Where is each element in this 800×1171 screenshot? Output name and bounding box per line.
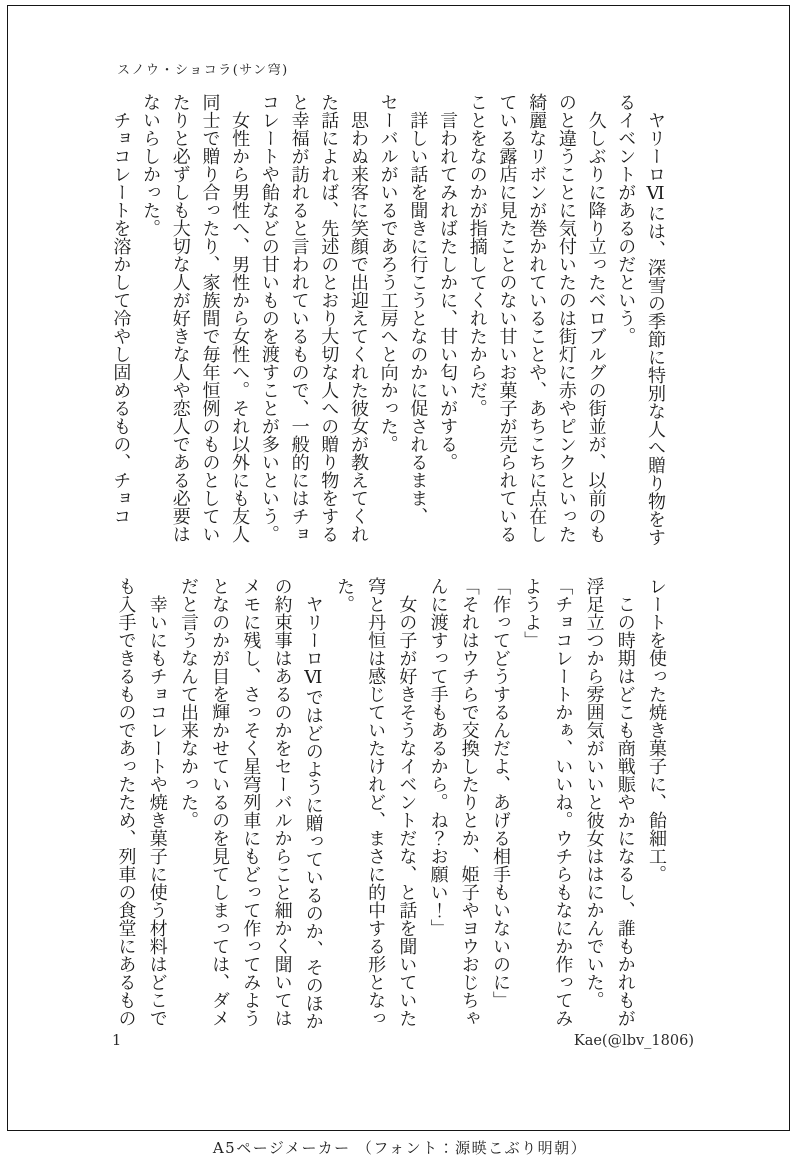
- generator-caption: A5ページメーカー （フォント：源暎こぶり明朝）: [0, 1137, 800, 1158]
- author-credit: Kae(@lbv_1806): [574, 1033, 694, 1049]
- paragraph: ヤリーロⅥには、深雪の季節に特別な人へ贈り物をするイベントがあるのだという。: [611, 93, 670, 549]
- paragraph: 幸いにもチョコレートや焼き菓子に使う材料はどこでも入手できるものであったため、列…: [110, 577, 172, 1033]
- paragraph: 言われてみればたしかに、甘い匂いがする。: [432, 93, 462, 549]
- text-band-upper: ヤリーロⅥには、深雪の季節に特別な人へ贈り物をするイベントがあるのだという。 久…: [104, 93, 670, 549]
- paragraph: 女性から男性へ、男性から女性へ。それ以外にも友人同士で贈り合ったり、家族間で毎年…: [135, 93, 254, 549]
- paragraph: 「作ってどうするんだよ、あげる相手もいないのに」: [485, 577, 516, 1033]
- paragraph: レートを使った焼き菓子に、飴細工。: [641, 577, 672, 1033]
- paragraph: 思わぬ来客に笑顔で出迎えてくれた彼女が教えてくれた話によれば、先述のとおり大切な…: [254, 93, 373, 549]
- paragraph: 「チョコレートかぁ、いいね。ウチらもなにか作ってみようよ」: [516, 577, 578, 1033]
- page-number: 1: [112, 1033, 121, 1049]
- paragraph: 「それはウチらで交換したりとか、姫子やヨウおじちゃんに渡すって手もあるから。ね？…: [422, 577, 484, 1033]
- paragraph: チョコレートを溶かして冷やし固めるもの、チョコ: [106, 93, 136, 549]
- paragraph: 女の子が好きそうなイベントだな、と話を聞いていた穹と丹恒は感じていたけれど、まさ…: [329, 577, 423, 1033]
- paragraph: ヤリーロⅥではどのように贈っているのか、そのほかの約束事はあるのかをセーバルから…: [173, 577, 329, 1033]
- document-title: スノウ・ショコラ(サン穹): [117, 59, 289, 78]
- paragraph: 久しぶりに降り立ったベロブルグの街並が、以前のものと違うことに気付いたのは街灯に…: [462, 93, 611, 549]
- text-band-lower: レートを使った焼き菓子に、飴細工。 この時期はどこも商戦賑やかになるし、誰もかれ…: [104, 577, 672, 1033]
- paragraph: 詳しい話を聞きに行こうとなのかに促されるまま、セーバルがいるであろう工房へと向か…: [373, 93, 432, 549]
- paragraph: この時期はどこも商戦賑やかになるし、誰もかれもが浮足立つから雰囲気がいいと彼女は…: [578, 577, 640, 1033]
